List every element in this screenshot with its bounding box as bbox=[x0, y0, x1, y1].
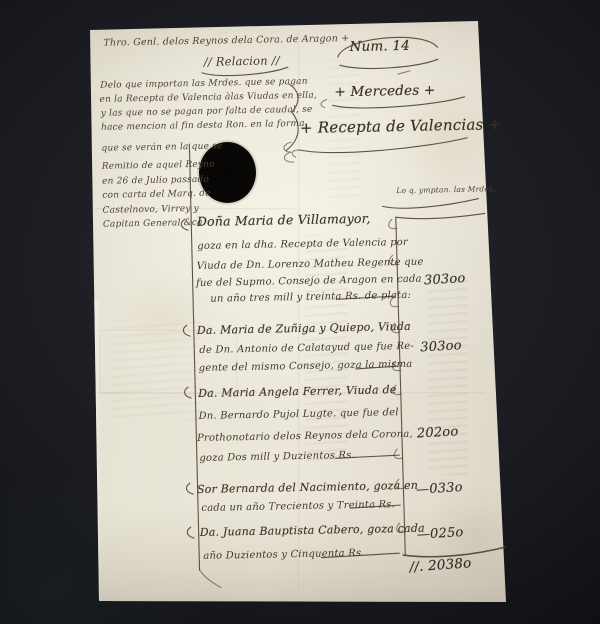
relacion-heading: ∕∕ Relacion ∕∕ bbox=[204, 53, 280, 68]
margin-note-line: Capitan General &ca. bbox=[103, 217, 206, 231]
mercedes-curl bbox=[321, 99, 327, 107]
margin-note-line: Remitio de aquel Reyno bbox=[102, 159, 215, 173]
column-header-underline bbox=[382, 199, 478, 209]
photo-of-manuscript: Thro. Genl. delos Reynos dela Cora. de A… bbox=[0, 0, 600, 624]
value-column-header: Lo q. ymptan. las Mrdes. bbox=[396, 184, 495, 195]
margin-note-line: con carta del Marq. de bbox=[102, 188, 211, 202]
intro-line: que se verán en la que se bbox=[101, 140, 222, 154]
entry-marker-curl bbox=[187, 527, 194, 538]
value-column-top-rule bbox=[396, 213, 485, 219]
entry-amount: 303oo bbox=[424, 271, 466, 288]
total-amount: 2038o bbox=[427, 555, 472, 574]
entry-marker-curl bbox=[183, 325, 190, 336]
num-underline bbox=[340, 59, 438, 69]
column-hook bbox=[394, 449, 402, 459]
margin-note-line: Castelnovo, Virrey y bbox=[103, 203, 200, 217]
total-mark: ∕∕. bbox=[409, 559, 424, 576]
recepta-curl bbox=[292, 150, 300, 157]
manuscript-content: Thro. Genl. delos Reynos dela Cora. de A… bbox=[0, 0, 600, 624]
entry-amount: —033o bbox=[416, 480, 463, 498]
entry-marker-curl bbox=[186, 483, 193, 494]
docket-mercedes: + Mercedes + bbox=[334, 82, 435, 100]
docket-recepta: + Recepta de Valencias + bbox=[300, 115, 501, 137]
bottom-flourish bbox=[200, 570, 221, 588]
recepta-underline bbox=[299, 138, 467, 154]
entry-amount: 303oo bbox=[420, 338, 462, 355]
num-tick bbox=[398, 71, 410, 74]
entry-amount: —025o bbox=[417, 525, 464, 543]
entry-marker-curl bbox=[184, 387, 191, 398]
docket-number: Num. 14 bbox=[349, 38, 410, 55]
margin-note-line: en 26 de Julio passado bbox=[102, 174, 209, 188]
entry-amount: 202oo bbox=[417, 424, 459, 441]
